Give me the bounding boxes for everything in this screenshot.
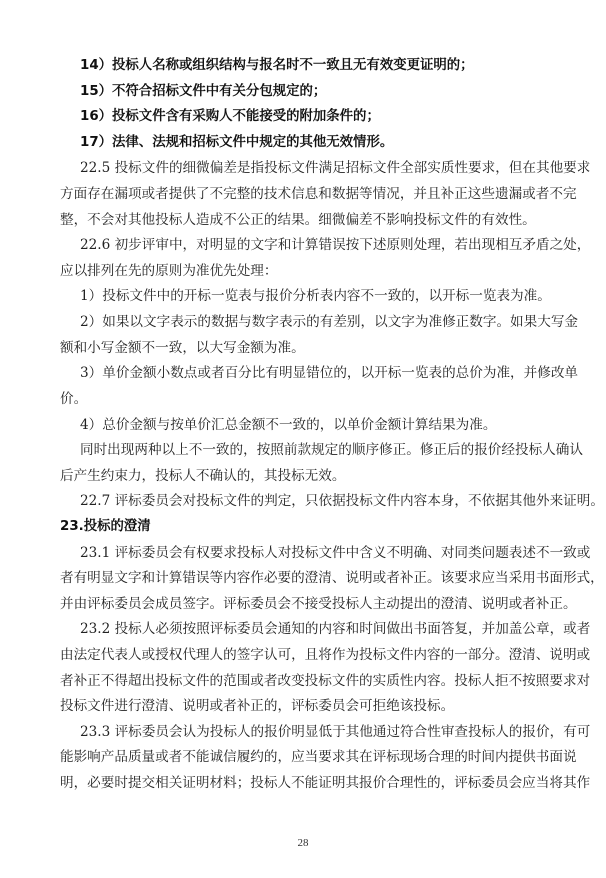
text-line: 3）单价金额小数点或者百分比有明显错位的，以开标一览表的总价为准，并修改单 [80, 364, 550, 382]
text-line: 并由评标委员会成员签字。评标委员会不接受投标人主动提出的澄清、说明或者补正。 [60, 595, 550, 613]
text-line: 应以排列在先的原则为准优先处理： [60, 262, 550, 280]
heading-line: 16）投标文件含有采购人不能接受的附加条件的； [80, 108, 550, 126]
text-line: 价。 [60, 390, 550, 408]
text-line: 额和小写金额不一致，以大写金额为准。 [60, 339, 550, 357]
text-line: 整，不会对其他投标人造成不公正的结果。细微偏差不影响投标文件的有效性。 [60, 211, 550, 229]
text-line: 22.7 评标委员会对投标文件的判定，只依据投标文件内容本身，不依据其他外来证明… [80, 492, 550, 510]
heading-line: 14）投标人名称或组织结构与报名时不一致且无有效变更证明的； [80, 57, 550, 75]
text-line: 者有明显文字和计算错误等内容作必要的澄清、说明或者补正。该要求应当采用书面形式， [60, 569, 550, 587]
text-line: 后产生约束力，投标人不确认的，其投标无效。 [60, 467, 550, 485]
text-line: 22.5 投标文件的细微偏差是指投标文件满足招标文件全部实质性要求，但在其他要求 [80, 159, 550, 177]
text-line: 方面存在漏项或者提供了不完整的技术信息和数据等情况，并且补正这些遗漏或者不完 [60, 185, 550, 203]
text-line: 能影响产品质量或者不能诚信履约的，应当要求其在评标现场合理的时间内提供书面说 [60, 748, 550, 766]
text-line: 明，必要时提交相关证明材料；投标人不能证明其报价合理性的，评标委员会应当将其作 [60, 774, 550, 792]
text-line: 1）投标文件中的开标一览表与报价分析表内容不一致的，以开标一览表为准。 [80, 287, 550, 305]
text-line: 22.6 初步评审中，对明显的文字和计算错误按下述原则处理，若出现相互矛盾之处， [80, 236, 550, 254]
text-line: 者补正不得超出投标文件的范围或者改变投标文件的实质性内容。投标人拒不按照要求对 [60, 672, 550, 690]
heading-line: 17）法律、法规和招标文件中规定的其他无效情形。 [80, 134, 550, 152]
text-line: 23.3 评标委员会认为投标人的报价明显低于其他通过符合性审查投标人的报价，有可 [80, 723, 550, 741]
page-number: 28 [0, 837, 606, 849]
heading-line: 15）不符合招标文件中有关分包规定的； [80, 83, 550, 101]
text-line: 由法定代表人或授权代理人的签字认可，且将作为投标文件内容的一部分。澄清、说明或 [60, 646, 550, 664]
heading-line: 23.投标的澄清 [60, 518, 550, 536]
text-line: 23.2 投标人必须按照评标委员会通知的内容和时间做出书面答复，并加盖公章，或者 [80, 620, 550, 638]
text-line: 23.1 评标委员会有权要求投标人对投标文件中含义不明确、对同类问题表述不一致或 [80, 544, 550, 562]
document-page: 14）投标人名称或组织结构与报名时不一致且无有效变更证明的；15）不符合招标文件… [0, 0, 606, 878]
text-line: 4）总价金额与按单价汇总金额不一致的，以单价金额计算结果为准。 [80, 416, 550, 434]
text-line: 投标文件进行澄清、说明或者补正的，评标委员会可拒绝该投标。 [60, 697, 550, 715]
text-line: 同时出现两种以上不一致的，按照前款规定的顺序修正。修正后的报价经投标人确认 [80, 441, 550, 459]
text-line: 2）如果以文字表示的数据与数字表示的有差别，以文字为准修正数字。如果大写金 [80, 313, 550, 331]
